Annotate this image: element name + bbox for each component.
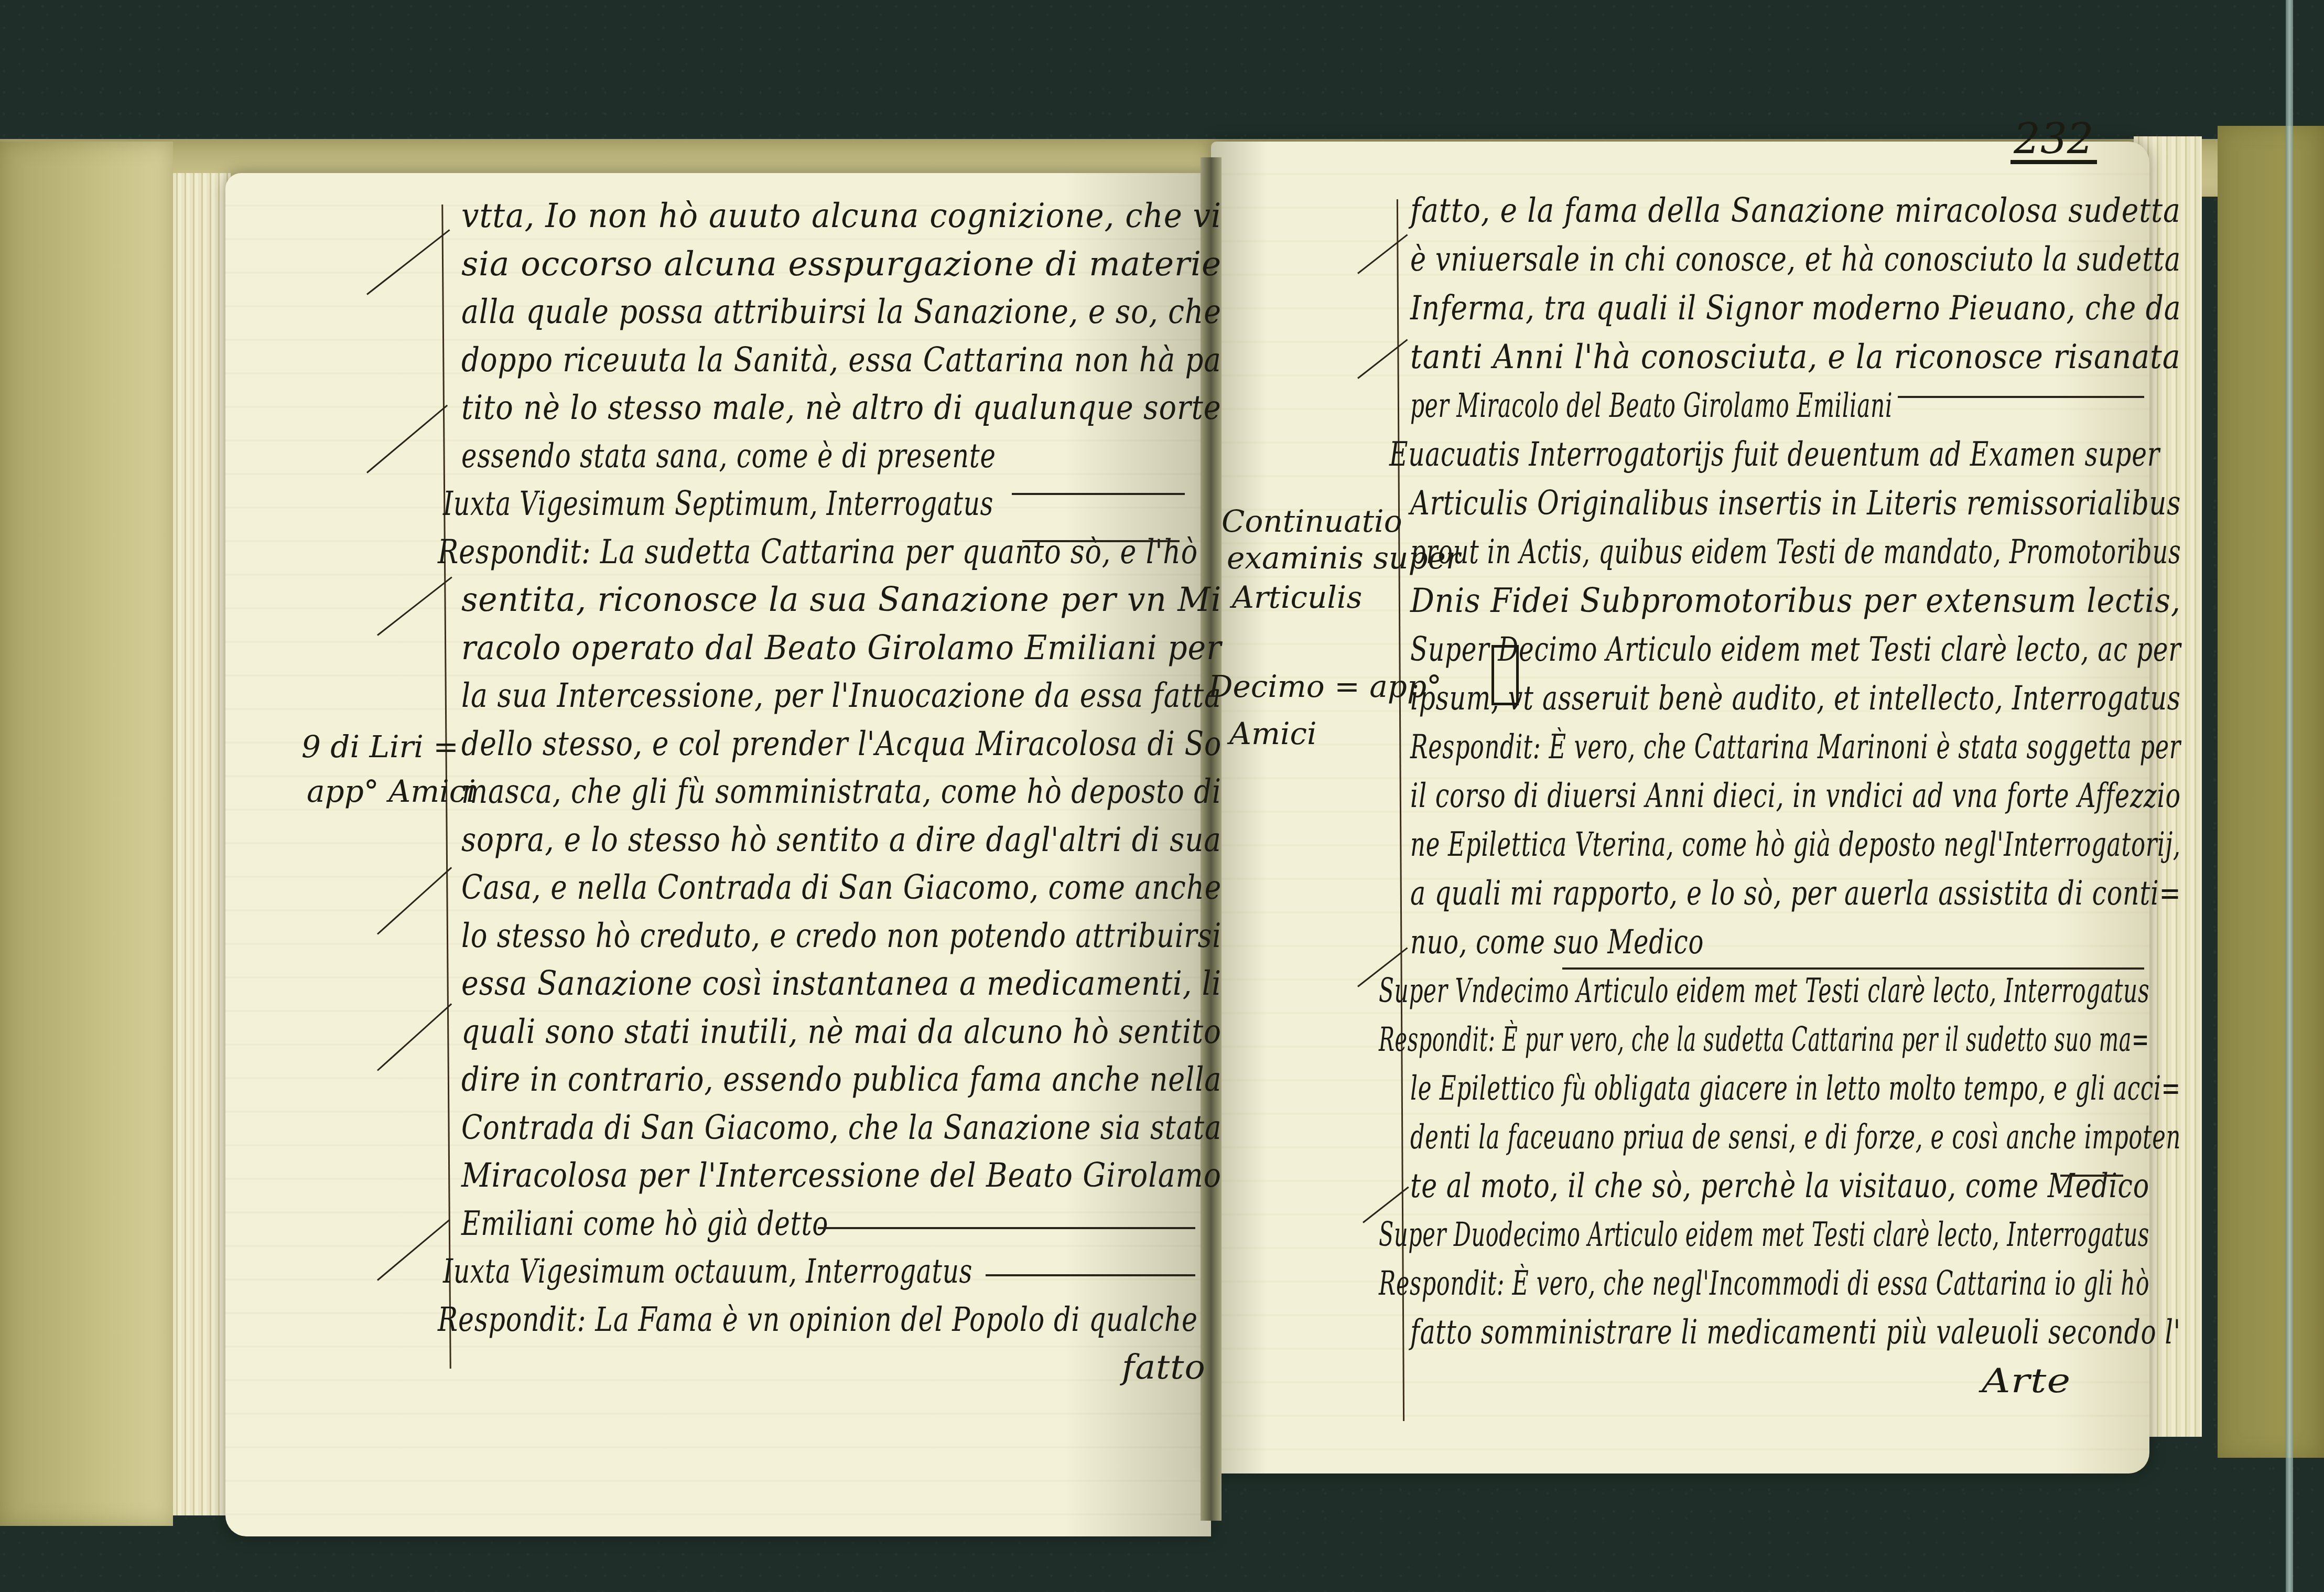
manuscript-line: Respondit: È vero, che Cattarina Marinon… bbox=[1410, 728, 2181, 767]
manuscript-line: lo stesso hò creduto, e credo non potend… bbox=[461, 917, 1222, 955]
gutter-note: Decimo = app° bbox=[1208, 669, 1442, 704]
manuscript-line: Respondit: La sudetta Cattarina per quan… bbox=[438, 533, 1198, 572]
cover-flap-right bbox=[2218, 126, 2324, 1458]
line-filler-dash bbox=[1562, 967, 2144, 970]
manuscript-line: Dnis Fidei Subpromotoribus per extensum … bbox=[1410, 582, 2181, 620]
line-filler-dash bbox=[818, 1227, 1195, 1229]
manuscript-line: il corso di diuersi Anni dieci, in vndic… bbox=[1410, 777, 2181, 815]
manuscript-line: Super Vndecimo Articulo eidem met Testi … bbox=[1379, 972, 2149, 1010]
line-filler-dash bbox=[1022, 540, 1180, 542]
manuscript-line: è vniuersale in chi conosce, et hà conos… bbox=[1410, 240, 2181, 279]
manuscript-line: Super Decimo Articulo eidem met Testi cl… bbox=[1410, 630, 2181, 669]
manuscript-line: sentita, riconosce la sua Sanazione per … bbox=[461, 580, 1222, 619]
manuscript-line: Contrada di San Giacomo, che la Sanazion… bbox=[461, 1109, 1222, 1147]
manuscript-line: fatto bbox=[1122, 1348, 1206, 1387]
manuscript-line: Respondit: È pur vero, che la sudetta Ca… bbox=[1379, 1020, 2149, 1059]
manuscript-line: alla quale possa attribuirsi la Sanazion… bbox=[461, 293, 1222, 331]
gutter-note: Amici bbox=[1229, 716, 1316, 751]
manuscript-line: Casa, e nella Contrada di San Giacomo, c… bbox=[461, 868, 1222, 907]
manuscript-line: te al moto, il che sò, perchè la visitau… bbox=[1410, 1167, 2149, 1206]
manuscript-line: racolo operato dal Beato Girolamo Emilia… bbox=[461, 629, 1222, 668]
manuscript-line: Emiliani come hò già detto bbox=[461, 1204, 828, 1243]
manuscript-line: tanti Anni l'hà conosciuta, e la riconos… bbox=[1410, 338, 2181, 377]
line-filler-dash bbox=[1012, 493, 1185, 495]
manuscript-line: Super Duodecimo Articulo eidem met Testi… bbox=[1379, 1215, 2149, 1254]
gutter-note: examinis super bbox=[1227, 540, 1461, 576]
manuscript-line: Articulis Originalibus insertis in Liter… bbox=[1410, 484, 2181, 523]
manuscript-line: ipsum, vt asseruit benè audito, et intel… bbox=[1410, 679, 2181, 718]
manuscript-line: sia occorso alcuna esspurgazione di mate… bbox=[461, 245, 1222, 284]
cover-flap-left bbox=[0, 142, 173, 1526]
manuscript-line: tito nè lo stesso male, nè altro di qual… bbox=[461, 389, 1222, 427]
manuscript-line: essa Sanazione così instantanea a medica… bbox=[461, 964, 1222, 1003]
manuscript-line: vtta, Io non hò auuto alcuna cognizione,… bbox=[461, 197, 1222, 235]
manuscript-line: Iuxta Vigesimum octauum, Interrogatus bbox=[443, 1252, 972, 1291]
folio-number: 232 bbox=[2010, 118, 2097, 164]
manuscript-line: essendo stata sana, come è di presente bbox=[461, 437, 996, 476]
manuscript-line: Inferma, tra quali il Signor moderno Pie… bbox=[1410, 289, 2181, 328]
manuscript-line: prout in Actis, quibus eidem Testi de ma… bbox=[1410, 533, 2181, 572]
manuscript-line: fatto somministrare li medicamenti più v… bbox=[1410, 1313, 2181, 1352]
manuscript-line: dire in contrario, essendo publica fama … bbox=[461, 1060, 1222, 1099]
manuscript-line: fatto, e la fama della Sanazione miracol… bbox=[1410, 191, 2181, 230]
manuscript-line: ne Epilettica Vterina, come hò già depos… bbox=[1410, 825, 2181, 864]
manuscript-line: dello stesso, e col prender l'Acqua Mira… bbox=[461, 725, 1222, 763]
manuscript-line: masca, che gli fù somministrata, come hò… bbox=[461, 772, 1222, 811]
manuscript-line: sopra, e lo stesso hò sentito a dire dag… bbox=[461, 821, 1222, 859]
manuscript-line: le Epilettico fù obligata giacere in let… bbox=[1410, 1069, 2181, 1108]
manuscript-line: Respondit: È vero, che negl'Incommodi di… bbox=[1379, 1264, 2149, 1303]
manuscript-line: quali sono stati inutili, nè mai da alcu… bbox=[461, 1013, 1222, 1051]
page-edges-left bbox=[173, 173, 231, 1515]
manuscript-line: doppo riceuuta la Sanità, essa Cattarina… bbox=[461, 341, 1222, 380]
line-filler-dash bbox=[986, 1274, 1195, 1276]
manuscript-line: Miracolosa per l'Intercessione del Beato… bbox=[461, 1156, 1222, 1195]
margin-note: 9 di Liri = bbox=[301, 729, 459, 765]
manuscript-line: denti la faceuano priua de sensi, e di f… bbox=[1410, 1118, 2181, 1157]
margin-note: app° Amici bbox=[307, 773, 476, 809]
manuscript-line: nuo, come suo Medico bbox=[1410, 923, 1704, 962]
manuscript-line: Euacuatis Interrogatorijs fuit deuentum … bbox=[1389, 435, 2160, 474]
manuscript-line: per Miracolo del Beato Girolamo Emiliani bbox=[1410, 386, 1893, 425]
manuscript-line: la sua Intercessione, per l'Inuocazione … bbox=[461, 676, 1222, 715]
line-filler-dash bbox=[2060, 1175, 2123, 1177]
glass-plate-edge bbox=[2286, 0, 2293, 1592]
gutter-note: Articulis bbox=[1232, 579, 1362, 615]
line-filler-dash bbox=[1898, 396, 2144, 398]
manuscript-line: Arte bbox=[1982, 1362, 2071, 1401]
gutter-note: Continuatio bbox=[1222, 503, 1402, 539]
manuscript-line: Iuxta Vigesimum Septimum, Interrogatus bbox=[443, 485, 993, 523]
manuscript-line: a quali mi rapporto, e lo sò, per auerla… bbox=[1410, 874, 2181, 913]
manuscript-line: Respondit: La Fama è vn opinion del Popo… bbox=[438, 1300, 1198, 1339]
